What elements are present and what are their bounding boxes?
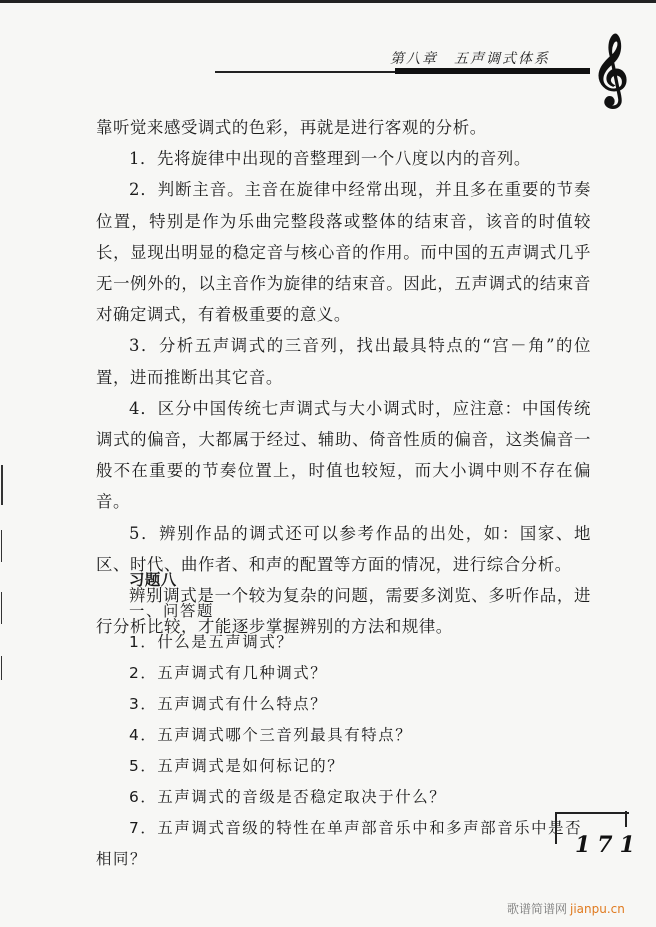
- paragraph-continuation: 靠听觉来感受调式的色彩，再就是进行客观的分析。: [96, 112, 591, 143]
- treble-clef-icon: 𝄞: [592, 38, 629, 100]
- exercise-title: 习题八: [129, 565, 591, 596]
- header-rule-bold: [395, 68, 590, 74]
- exercise-subsection-heading: 一、问答题: [129, 596, 591, 627]
- paragraph-step-4: 4．区分中国传统七声调式与大小调式时，应注意：中国传统调式的偏音，大都属于经过、…: [96, 393, 591, 518]
- paragraph-step-1: 1．先将旋律中出现的音整理到一个八度以内的音列。: [96, 143, 591, 174]
- watermark: 歌谱简谱网jianpu.cn: [507, 900, 625, 917]
- question-item: 5．五声调式是如何标记的？: [96, 751, 591, 782]
- binding-mark: [1, 592, 2, 624]
- paragraph-step-2: 2．判断主音。主音在旋律中经常出现，并且多在重要的节奏位置，特别是作为乐曲完整段…: [96, 174, 591, 330]
- body-text: 靠听觉来感受调式的色彩，再就是进行客观的分析。 1．先将旋律中出现的音整理到一个…: [96, 112, 591, 642]
- watermark-domain: jianpu.cn: [570, 902, 625, 916]
- question-item: 1．什么是五声调式？: [96, 627, 591, 658]
- page-number: 171: [575, 832, 642, 858]
- question-item: 7．五声调式音级的特性在单声部音乐中和多声部音乐中是否相同？: [96, 813, 591, 875]
- question-item: 4．五声调式哪个三音列最具有特点？: [96, 720, 591, 751]
- binding-mark: [1, 656, 2, 680]
- watermark-text: 歌谱简谱网: [507, 902, 567, 916]
- top-edge-rule: [0, 0, 656, 3]
- question-item: 3．五声调式有什么特点？: [96, 689, 591, 720]
- binding-mark: [1, 465, 3, 505]
- running-header-chapter-title: 第八章 五声调式体系: [390, 48, 550, 68]
- question-item: 6．五声调式的音级是否稳定取决于什么？: [96, 782, 591, 813]
- question-item: 2．五声调式有几种调式？: [96, 658, 591, 689]
- binding-mark: [1, 530, 2, 562]
- exercise-section: 习题八 一、问答题 1．什么是五声调式？ 2．五声调式有几种调式？ 3．五声调式…: [96, 565, 591, 875]
- page-number-frame-tick: [625, 811, 627, 827]
- paragraph-step-3: 3．分析五声调式的三音列，找出最具特点的“宫－角”的位置，进而推断出其它音。: [96, 330, 591, 392]
